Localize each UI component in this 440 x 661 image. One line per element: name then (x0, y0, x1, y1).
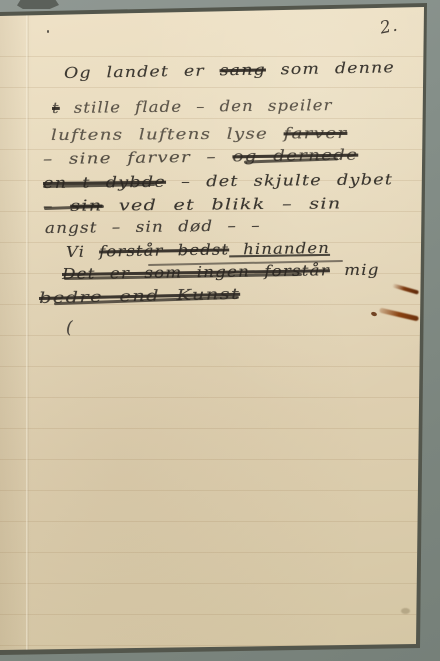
manuscript-line: Vi forstår bedst hinanden (66, 239, 330, 261)
backing-sheet-corner (17, 0, 59, 9)
handwritten-text: luftens luftens lyse (51, 124, 284, 144)
manuscript-line: Og landet er sang som denne (64, 58, 395, 82)
handwritten-text-underlined: hinanden (229, 239, 330, 259)
handwritten-text-struck: farver (284, 124, 348, 142)
handwritten-text-struck: t (52, 99, 60, 117)
scan-backdrop: 2. Og landet er sang som denne t stille … (0, 0, 440, 661)
handwritten-text: ved et blikk – sin (102, 194, 341, 214)
manuscript-line: t stille flade – den speiler (52, 96, 333, 117)
handwritten-text: – sine farver – (43, 147, 233, 168)
handwritten-text-struck: sang (219, 60, 266, 79)
page-number: 2. (378, 15, 400, 38)
faint-pencil-mark (401, 608, 410, 614)
manuscript-line: en t dybde – det skjulte dybet (43, 170, 393, 192)
handwriting-layer: 2. Og landet er sang som denne t stille … (0, 0, 440, 661)
handwritten-text: stille flade – den speiler (60, 96, 333, 117)
handwritten-text: Vi (66, 242, 99, 261)
handwritten-text-struck: forstår bedst (99, 240, 229, 260)
manuscript-line: luftens luftens lyse farver (51, 124, 347, 144)
handwritten-text: angst – sin død – – (45, 216, 261, 237)
manuscript-page: 2. Og landet er sang som denne t stille … (0, 0, 440, 661)
handwritten-text: mig (330, 261, 380, 280)
manuscript-line: – sine farver – og dernede (43, 146, 358, 168)
handwritten-text: ( (66, 318, 74, 338)
handwritten-text: som denne (266, 58, 395, 78)
handwritten-text: – det skjulte dybet (166, 170, 393, 190)
manuscript-line: angst – sin død – – (45, 216, 261, 237)
handwritten-text: Og landet er (64, 61, 220, 82)
manuscript-line: ( (66, 318, 74, 338)
